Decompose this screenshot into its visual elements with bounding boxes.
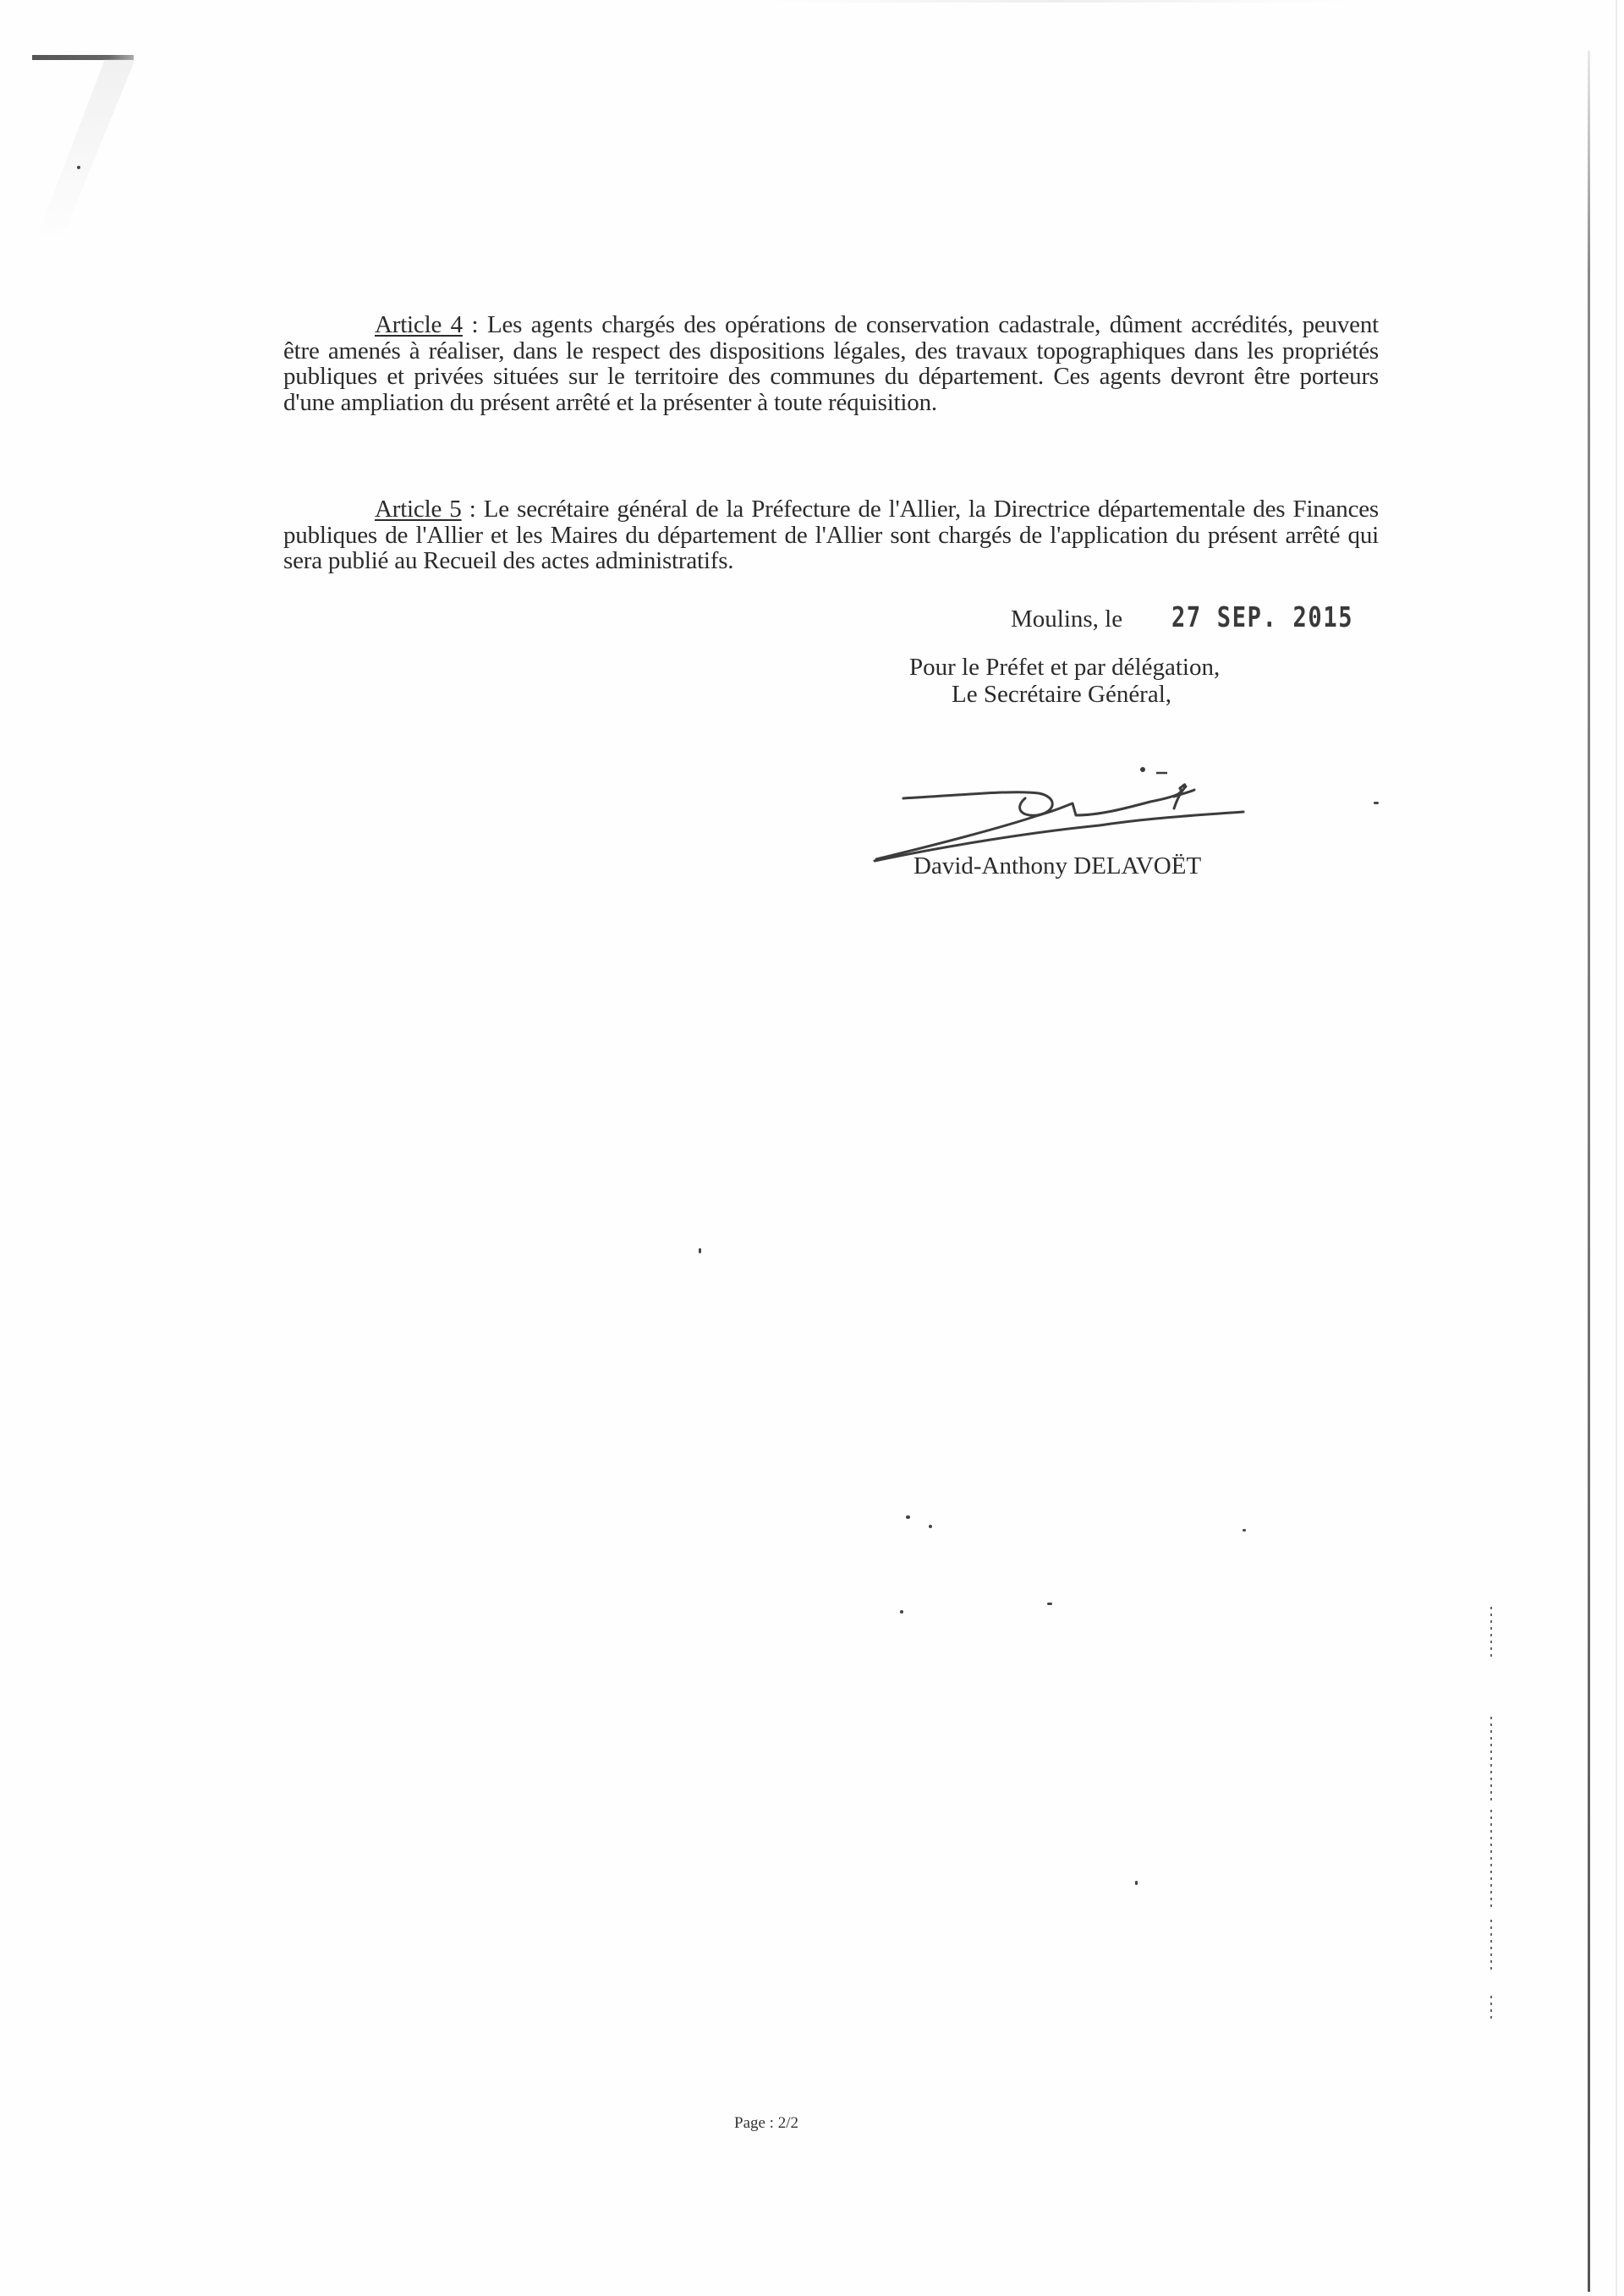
signer-title: Le Secrétaire Général, xyxy=(952,681,1171,709)
place-label: Moulins, le xyxy=(1011,606,1122,633)
scan-speck xyxy=(699,1248,701,1253)
scan-speck xyxy=(1047,1603,1052,1605)
scan-edge-dots xyxy=(1490,1920,1492,1970)
place-and-date: Moulins, le27 SEP. 2015 xyxy=(1011,600,1394,633)
scan-edge-dots xyxy=(1490,1717,1492,1801)
article-5-label: Article 5 xyxy=(375,496,462,523)
scan-speck xyxy=(77,166,80,169)
article-4-label: Article 4 xyxy=(375,311,463,338)
signer-name: David-Anthony DELAVOËT xyxy=(913,852,1201,880)
scan-speck xyxy=(906,1515,910,1519)
page-number: Page : 2/2 xyxy=(734,2114,798,2133)
scan-top-edge xyxy=(761,0,1353,3)
scan-edge-dots xyxy=(1490,1607,1492,1658)
article-4-paragraph: Article 4 : Les agents chargés des opéra… xyxy=(283,312,1379,415)
scanned-page: Article 4 : Les agents chargés des opéra… xyxy=(0,0,1624,2296)
scan-speck xyxy=(1243,1529,1246,1532)
scan-right-edge-line xyxy=(1588,51,1590,2292)
article-5-paragraph: Article 5 : Le secrétaire général de la … xyxy=(283,496,1379,574)
scan-corner-shadow xyxy=(34,59,135,245)
handwritten-signature xyxy=(846,744,1387,863)
scan-right-edge-faint xyxy=(1616,0,1617,2296)
scan-speck xyxy=(1135,1881,1138,1885)
delegation-line: Pour le Préfet et par délégation, xyxy=(909,654,1220,682)
scan-edge-dots xyxy=(1490,1996,1492,2021)
scan-speck xyxy=(900,1610,903,1614)
scan-speck xyxy=(929,1525,932,1528)
date-stamp: 27 SEP. 2015 xyxy=(1171,600,1353,633)
scan-edge-dots xyxy=(1490,1810,1492,1911)
